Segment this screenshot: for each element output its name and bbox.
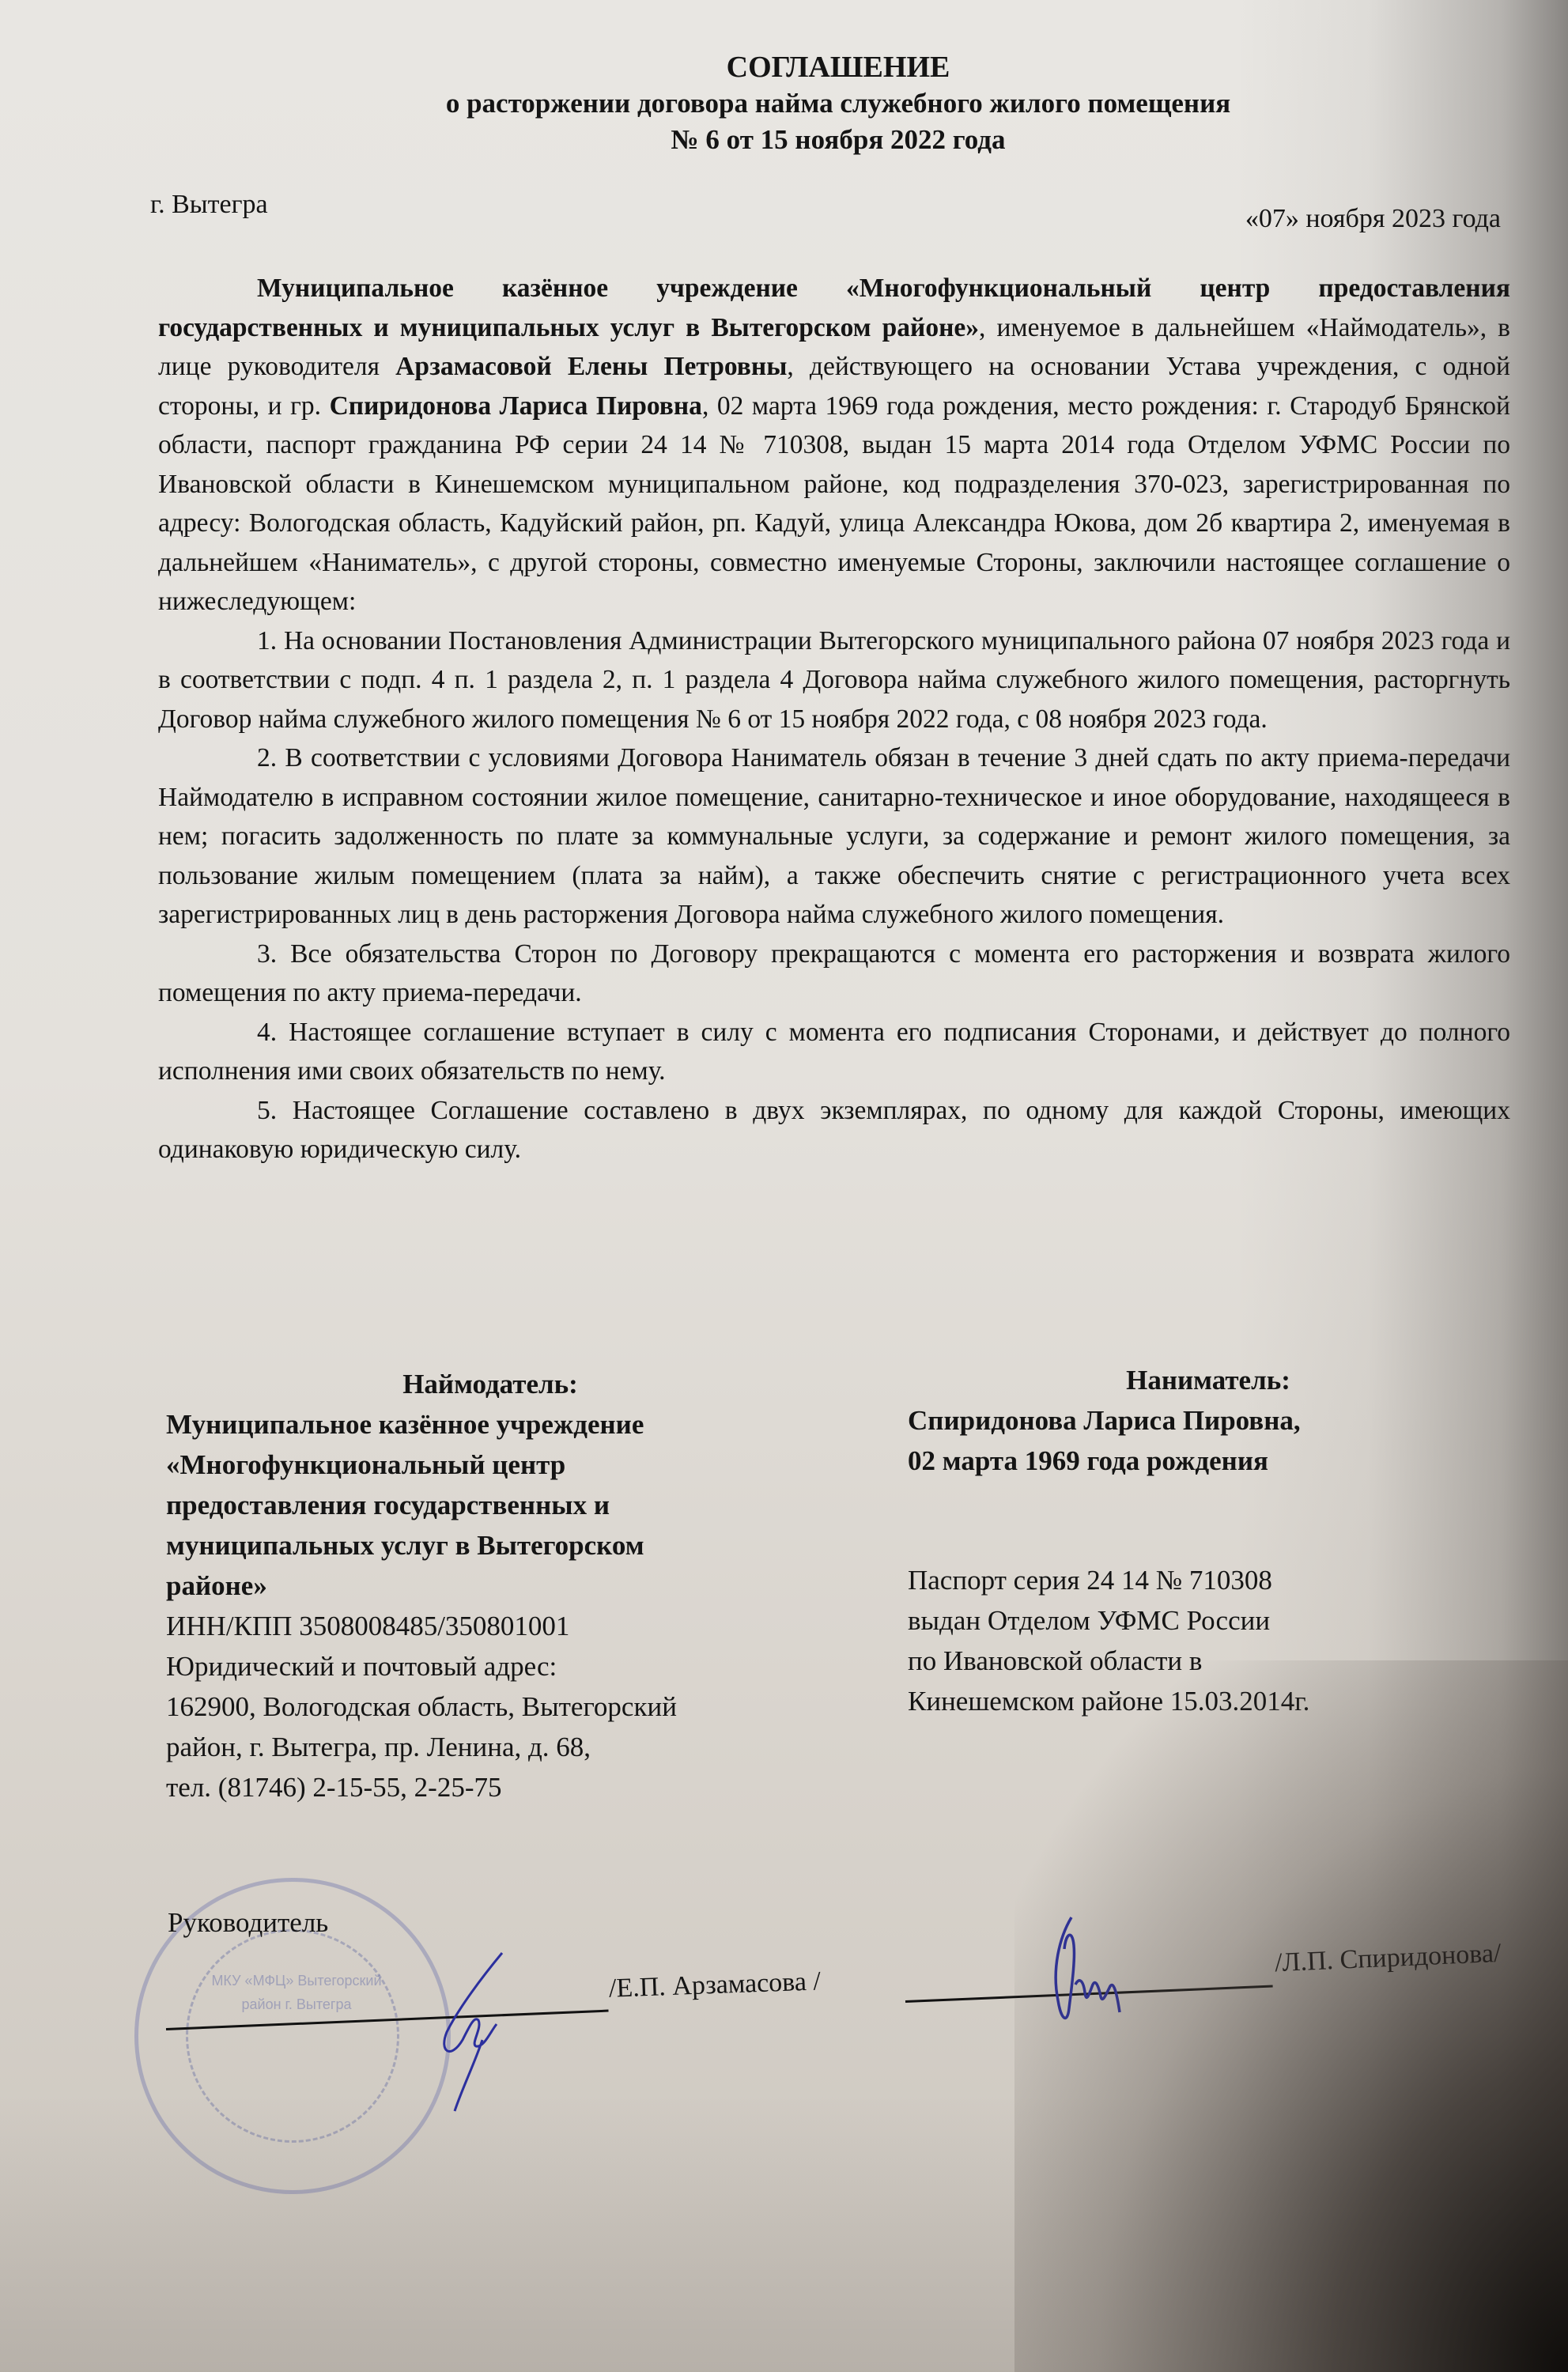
landlord-signer-name: /Е.П. Арзамасова / (608, 1966, 821, 2004)
clause-5: 5. Настоящее Соглашение составлено в дву… (158, 1091, 1510, 1169)
landlord-name-line: районе» (166, 1566, 814, 1606)
landlord-label: Наймодатель: (166, 1364, 814, 1404)
landlord-inn-kpp: ИНН/КПП 3508008485/350801001 (166, 1606, 814, 1646)
tenant-passport-line: по Ивановской области в (908, 1641, 1509, 1681)
landlord-address-line: район, г. Вытегра, пр. Ленина, д. 68, (166, 1727, 814, 1767)
agreement-body: Муниципальное казённое учреждение «Много… (158, 269, 1510, 1169)
tenant-passport-line: Паспорт серия 24 14 № 710308 (908, 1560, 1509, 1600)
preamble-text-3: , 02 марта 1969 года рождения, место рож… (158, 391, 1510, 617)
spacer (908, 1481, 1509, 1560)
landlord-name-line: Муниципальное казённое учреждение (166, 1404, 814, 1445)
clause-3: 3. Все обязательства Сторон по Договору … (158, 935, 1510, 1013)
landlord-address-line: 162900, Вологодская область, Вытегорский (166, 1686, 814, 1727)
landlord-address-label: Юридический и почтовый адрес: (166, 1646, 814, 1686)
landlord-name-line: предоставления государственных и (166, 1485, 814, 1525)
document-page: СОГЛАШЕНИЕ о расторжении договора найма … (0, 0, 1568, 2372)
landlord-phone: тел. (81746) 2-15-55, 2-25-75 (166, 1767, 814, 1807)
tenant-passport-line: Кинешемском районе 15.03.2014г. (908, 1681, 1509, 1721)
tenant-name: Спиридонова Лариса Пировна (330, 391, 702, 421)
tenant-details: Наниматель: Спиридонова Лариса Пировна, … (908, 1360, 1509, 1721)
tenant-signer-name: /Л.П. Спиридонова/ (1274, 1939, 1502, 1978)
place-of-signing: г. Вытегра (150, 190, 268, 220)
document-subtitle: о расторжении договора найма служебного … (0, 85, 1568, 122)
landlord-signature-icon (427, 1945, 538, 2119)
contract-reference: № 6 от 15 ноября 2022 года (0, 122, 1568, 158)
tenant-passport-line: выдан Отделом УФМС России (908, 1600, 1509, 1641)
stamp-inner-ring (186, 1929, 399, 2143)
clause-4: 4. Настоящее соглашение вступает в силу … (158, 1013, 1510, 1091)
tenant-signature-icon (1044, 1913, 1147, 2032)
document-title: СОГЛАШЕНИЕ (0, 49, 1568, 85)
clause-2: 2. В соответствии с условиями Договора Н… (158, 738, 1510, 935)
tenant-label: Наниматель: (908, 1360, 1509, 1400)
stamp-text: МКУ «МФЦ» Вытегорский район г. Вытегра (210, 1969, 383, 2016)
document-date: «07» ноября 2023 года (1245, 204, 1501, 234)
director-name: Арзамасовой Елены Петровны (395, 352, 787, 381)
tenant-full-name: Спиридонова Лариса Пировна, (908, 1400, 1509, 1441)
landlord-details: Наймодатель: Муниципальное казённое учре… (166, 1364, 814, 1807)
tenant-birth-date: 02 марта 1969 года рождения (908, 1441, 1509, 1481)
preamble-paragraph: Муниципальное казённое учреждение «Много… (158, 269, 1510, 621)
signer-role: Руководитель (168, 1907, 328, 1939)
landlord-name-line: «Многофункциональный центр (166, 1445, 814, 1485)
landlord-name-line: муниципальных услуг в Вытегорском (166, 1525, 814, 1566)
title-block: СОГЛАШЕНИЕ о расторжении договора найма … (0, 49, 1568, 158)
clause-1: 1. На основании Постановления Администра… (158, 621, 1510, 739)
